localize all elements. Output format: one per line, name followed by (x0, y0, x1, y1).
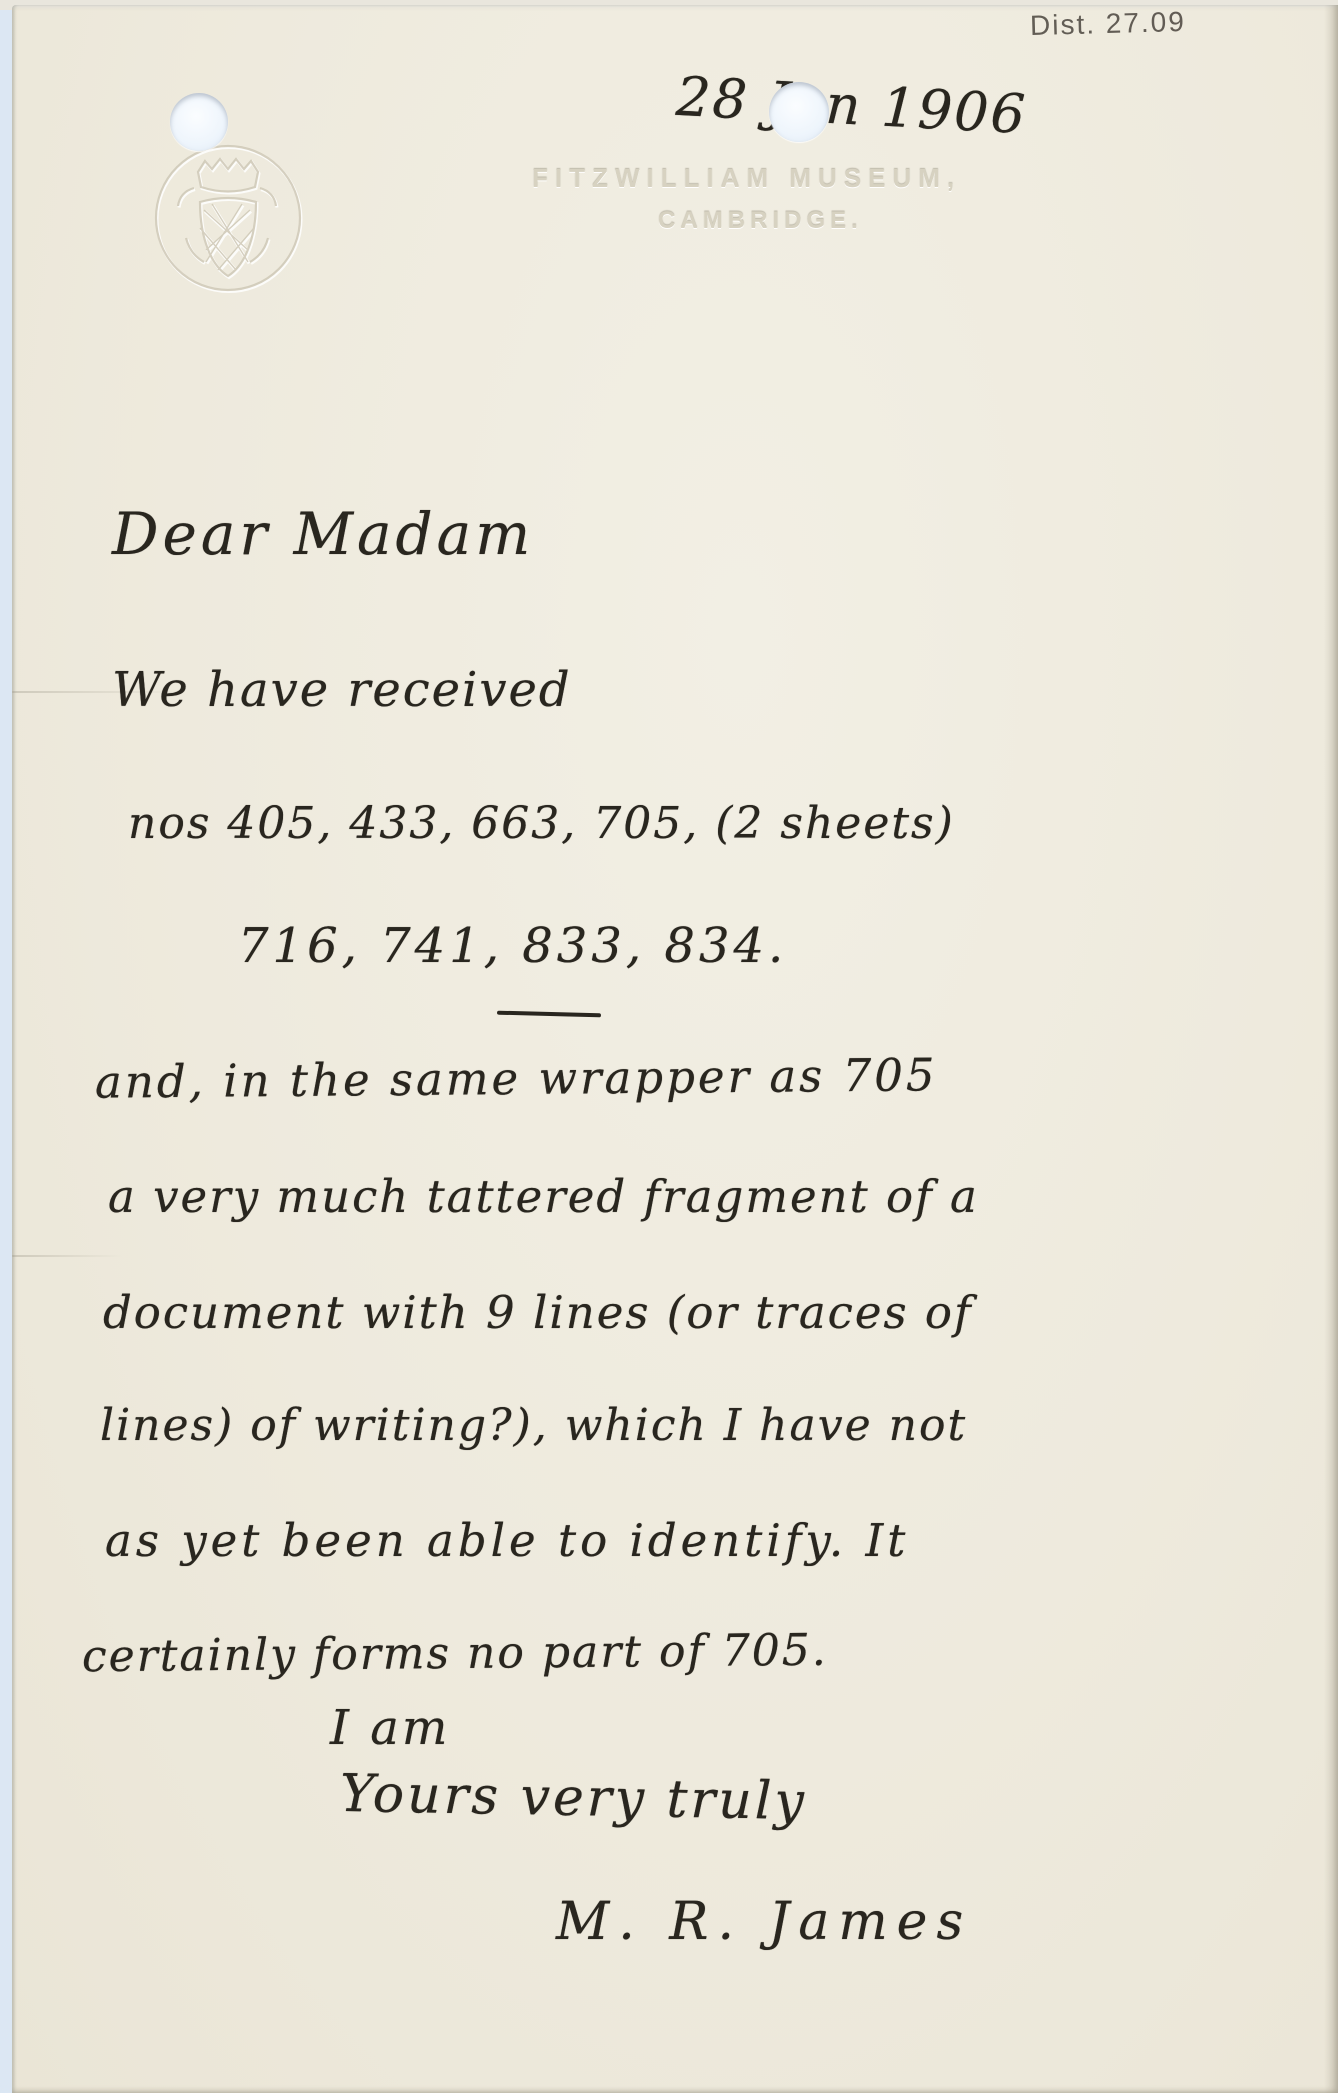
letterhead-city: CAMBRIDGE. (658, 207, 863, 235)
signature: M. R. James (556, 1892, 972, 1952)
archive-reference: Dist. 27.09 (1030, 6, 1187, 42)
letter-line: and, in the same wrapper as 705 (95, 1048, 938, 1108)
letter-line: We have received (112, 662, 572, 718)
closing-line: Yours very truly (340, 1764, 808, 1832)
embossed-crest-icon (138, 118, 316, 304)
letter-line: certainly forms no part of 705. (82, 1625, 828, 1683)
letter-line: as yet been able to identify. It (105, 1514, 909, 1567)
letter-line: document with 9 lines (or traces of (103, 1286, 973, 1339)
letter-line: nos 405, 433, 663, 705, (2 sheets) (128, 798, 955, 849)
scanned-letter-page: FITZWILLIAM MUSEUM, CAMBRIDGE. Dist. 27.… (0, 0, 1338, 2093)
closing-line: I am (330, 1700, 450, 1756)
letter-line: lines) of writing?), which I have not (100, 1400, 967, 1451)
punch-hole (769, 82, 829, 142)
letter-line: 716, 741, 833, 834. (238, 918, 787, 974)
letter-line: a very much tattered fragment of a (108, 1170, 979, 1223)
salutation: Dear Madam (112, 500, 534, 568)
paper-edge-shadow (1324, 5, 1338, 2093)
paper-crease (12, 1255, 122, 1257)
letterhead-institution: FITZWILLIAM MUSEUM, (532, 163, 961, 194)
punch-hole (170, 93, 228, 151)
